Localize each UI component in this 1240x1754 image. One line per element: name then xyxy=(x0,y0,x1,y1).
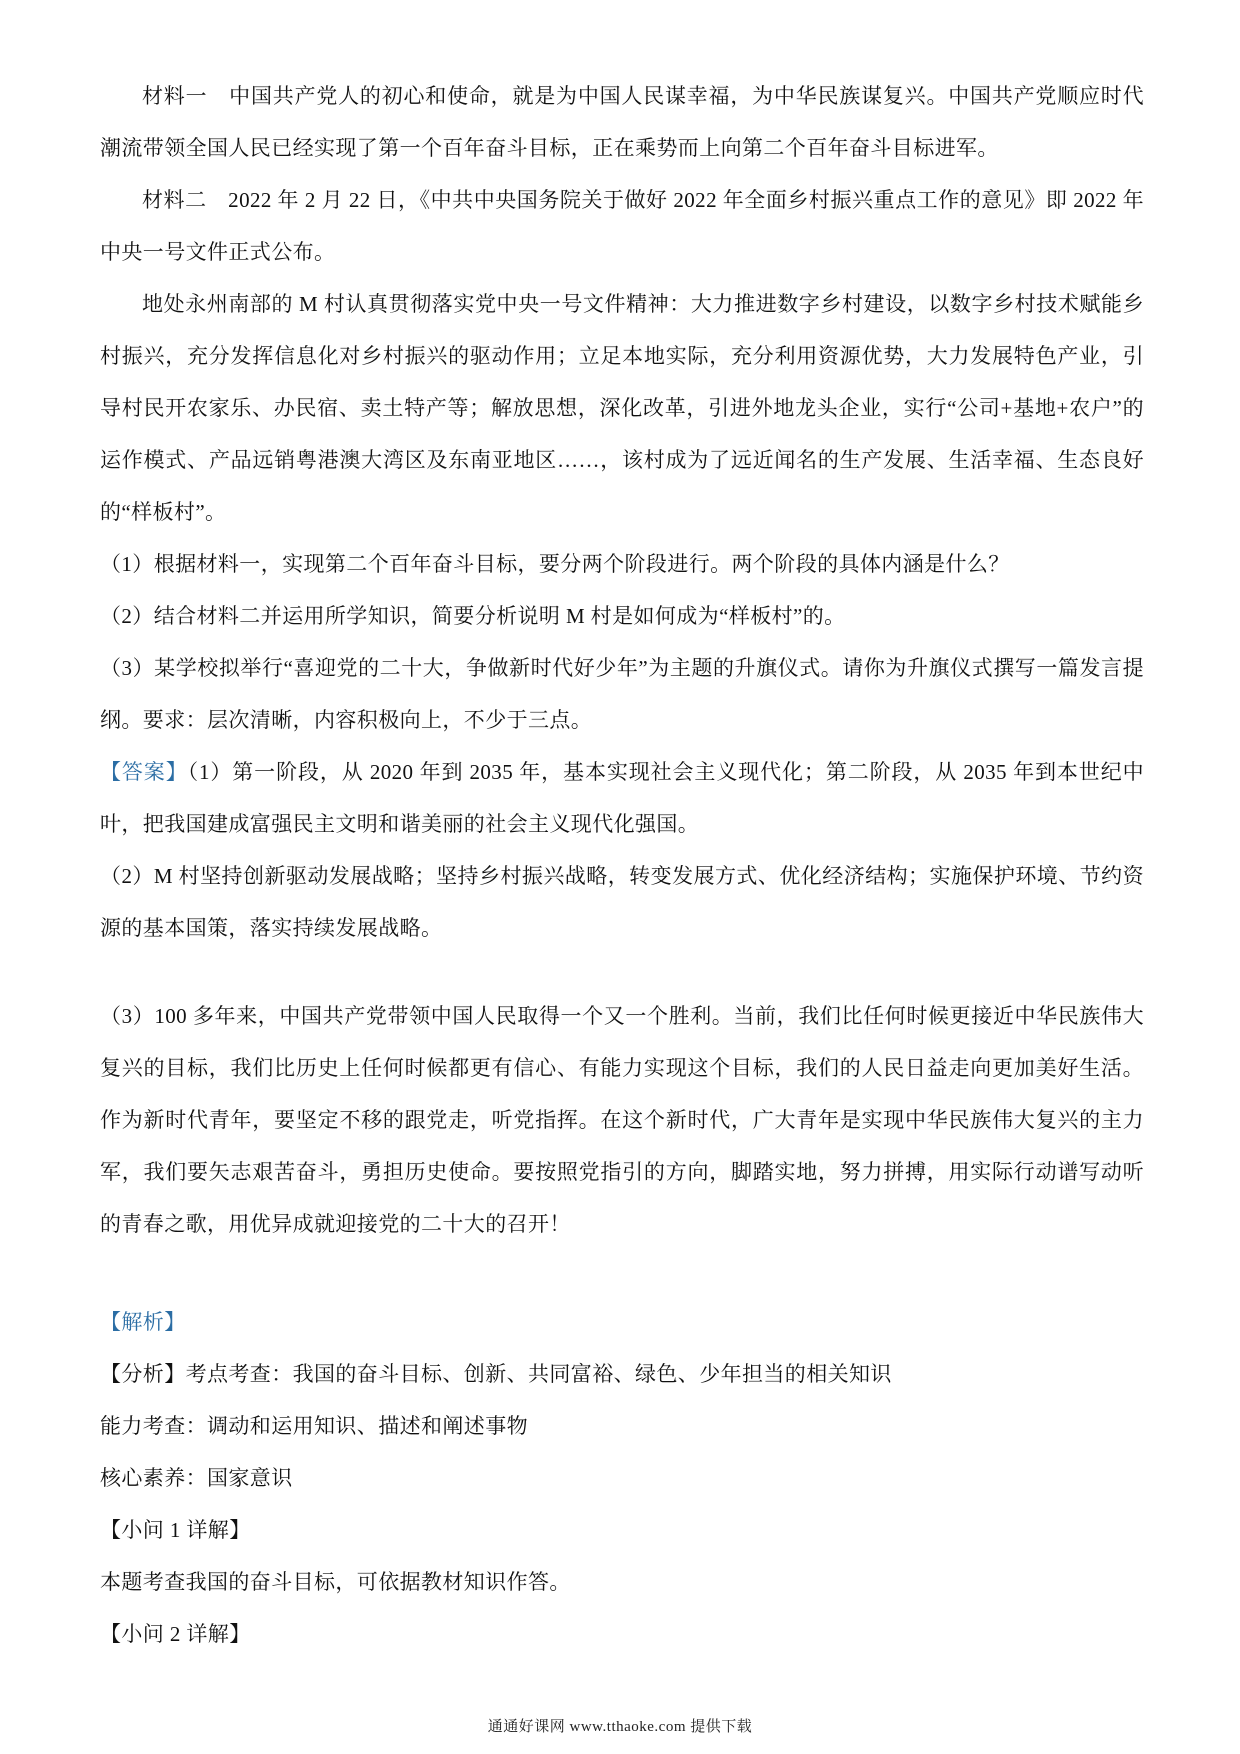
paragraph-text: 核心素养：国家意识 xyxy=(100,1466,293,1490)
paragraph: （1）根据材料一，实现第二个百年奋斗目标，要分两个阶段进行。两个阶段的具体内涵是… xyxy=(100,538,1144,590)
paragraph: 核心素养：国家意识 xyxy=(100,1452,1144,1504)
paragraph-text: 【小问 2 详解】 xyxy=(100,1622,251,1646)
paragraph-text: 本题考查我国的奋斗目标，可依据教材知识作答。 xyxy=(100,1570,571,1594)
paragraph: （3）某学校拟举行“喜迎党的二十大，争做新时代好少年”为主题的升旗仪式。请你为升… xyxy=(100,642,1144,746)
paragraph: 本题考查我国的奋斗目标，可依据教材知识作答。 xyxy=(100,1556,1144,1608)
paragraph-text: 地处永州南部的 M 村认真贯彻落实党中央一号文件精神：大力推进数字乡村建设，以数… xyxy=(100,292,1144,524)
answer-label: 【答案】 xyxy=(100,760,188,784)
paragraph-text: （3）某学校拟举行“喜迎党的二十大，争做新时代好少年”为主题的升旗仪式。请你为升… xyxy=(100,656,1144,732)
paragraph-text: （1）根据材料一，实现第二个百年奋斗目标，要分两个阶段进行。两个阶段的具体内涵是… xyxy=(100,552,1010,576)
paragraph: （2）M 村坚持创新驱动发展战略；坚持乡村振兴战略，转变发展方式、优化经济结构；… xyxy=(100,850,1144,954)
paragraph: 【答案】（1）第一阶段，从 2020 年到 2035 年，基本实现社会主义现代化… xyxy=(100,746,1144,850)
paragraph: 【小问 2 详解】 xyxy=(100,1608,1144,1660)
paragraph-text: （2）M 村坚持创新驱动发展战略；坚持乡村振兴战略，转变发展方式、优化经济结构；… xyxy=(100,864,1144,940)
paragraph: （3）100 多年来，中国共产党带领中国人民取得一个又一个胜利。当前，我们比任何… xyxy=(100,990,1144,1250)
paragraph-text: 【分析】考点考查：我国的奋斗目标、创新、共同富裕、绿色、少年担当的相关知识 xyxy=(100,1362,892,1386)
document-page: 材料一 中国共产党人的初心和使命，就是为中国人民谋幸福，为中华民族谋复兴。中国共… xyxy=(100,70,1144,1660)
answer-label: 【解析】 xyxy=(100,1310,186,1334)
paragraph: 【分析】考点考查：我国的奋斗目标、创新、共同富裕、绿色、少年担当的相关知识 xyxy=(100,1348,1144,1400)
paragraph: 地处永州南部的 M 村认真贯彻落实党中央一号文件精神：大力推进数字乡村建设，以数… xyxy=(100,278,1144,538)
paragraph-text: （3）100 多年来，中国共产党带领中国人民取得一个又一个胜利。当前，我们比任何… xyxy=(100,1004,1144,1236)
paragraph: 材料二 2022 年 2 月 22 日，《中共中央国务院关于做好 2022 年全… xyxy=(100,174,1144,278)
paragraph-text: （1）第一阶段，从 2020 年到 2035 年，基本实现社会主义现代化；第二阶… xyxy=(100,760,1144,836)
paragraph: 【小问 1 详解】 xyxy=(100,1504,1144,1556)
paragraph: （2）结合材料二并运用所学知识，简要分析说明 M 村是如何成为“样板村”的。 xyxy=(100,590,1144,642)
paragraph: 材料一 中国共产党人的初心和使命，就是为中国人民谋幸福，为中华民族谋复兴。中国共… xyxy=(100,70,1144,174)
paragraph-text: 材料二 2022 年 2 月 22 日，《中共中央国务院关于做好 2022 年全… xyxy=(100,188,1144,264)
paragraph: 能力考查：调动和运用知识、描述和阐述事物 xyxy=(100,1400,1144,1452)
page-footer: 通通好课网 www.tthaoke.com 提供下载 xyxy=(0,1715,1240,1736)
paragraph-text: 材料一 中国共产党人的初心和使命，就是为中国人民谋幸福，为中华民族谋复兴。中国共… xyxy=(100,84,1144,160)
footer-text: 通通好课网 www.tthaoke.com 提供下载 xyxy=(488,1719,753,1735)
paragraph-text: 能力考查：调动和运用知识、描述和阐述事物 xyxy=(100,1414,528,1438)
paragraph: 【解析】 xyxy=(100,1296,1144,1348)
paragraph-text: （2）结合材料二并运用所学知识，简要分析说明 M 村是如何成为“样板村”的。 xyxy=(100,604,846,628)
paragraph-text: 【小问 1 详解】 xyxy=(100,1518,251,1542)
